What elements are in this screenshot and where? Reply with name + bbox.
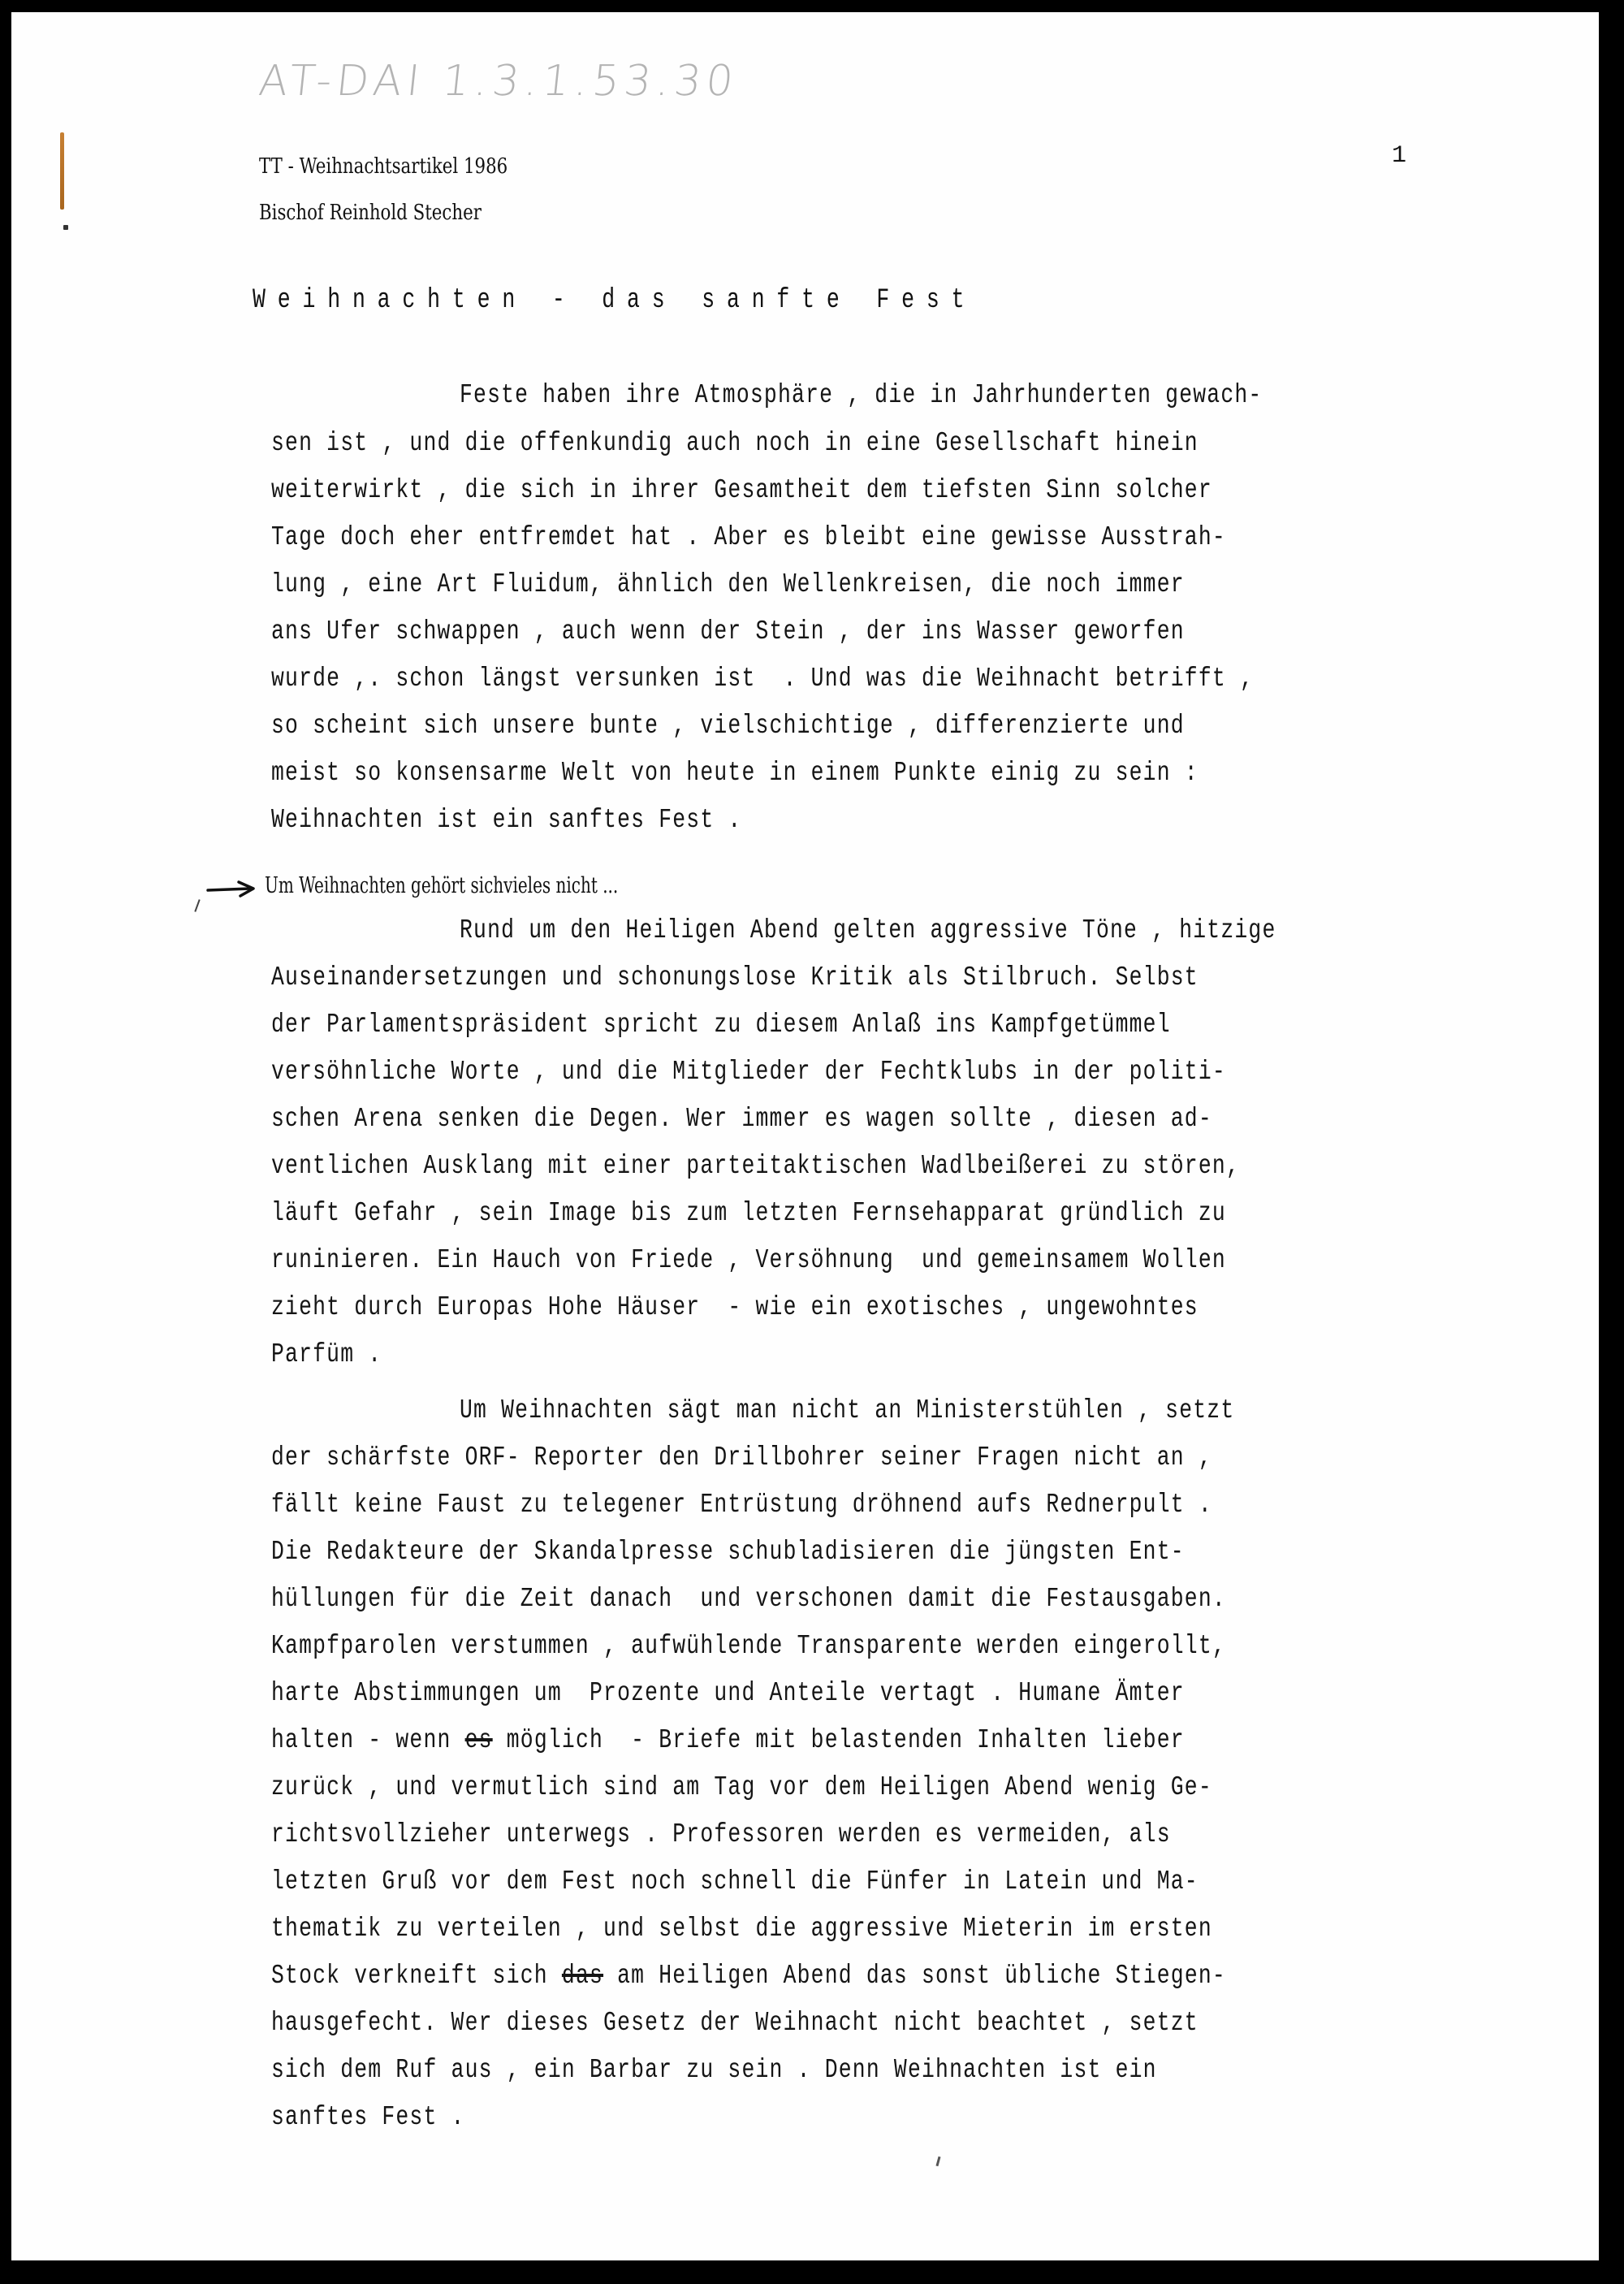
text-line: weiterwirkt , die sich in ihrer Gesamthe… (271, 475, 1212, 505)
inserted-subheading: Um Weihnachten gehört sichvieles nicht .… (265, 873, 618, 898)
text-line: so scheint sich unsere bunte , vielschic… (271, 711, 1185, 741)
document-page: AT-DAI 1.3.1.53.30 TT - Weihnachtsartike… (11, 12, 1599, 2260)
text-line: Um Weihnachten sägt man nicht an Ministe… (460, 1395, 1234, 1425)
text-line: ans Ufer schwappen , auch wenn der Stein… (271, 616, 1185, 647)
header-author: Bischof Reinhold Stecher (259, 201, 482, 225)
text-line: letzten Gruß vor dem Fest noch schnell d… (271, 1867, 1199, 1897)
staple-hole (63, 225, 68, 230)
text-line: schen Arena senken die Degen. Wer immer … (271, 1104, 1212, 1134)
text-line: meist so konsensarme Welt von heute in e… (271, 758, 1199, 788)
text-line: der schärfste ORF- Reporter den Drillboh… (271, 1443, 1212, 1473)
text-line-with-strikethrough: halten - wenn es möglich - Briefe mit be… (271, 1725, 1185, 1755)
text-line: Kampfparolen verstummen , aufwühlende Tr… (271, 1631, 1226, 1661)
struck-word: das (562, 1961, 603, 1991)
staple-rust-mark (60, 132, 64, 210)
pen-tick-mark (194, 899, 200, 912)
text-line: wurde ,. schon längst versunken ist . Un… (271, 664, 1254, 694)
text-line: ventlichen Ausklang mit einer parteitakt… (271, 1151, 1240, 1181)
text-line: Rund um den Heiligen Abend gelten aggres… (460, 915, 1276, 945)
struck-word: es (465, 1725, 493, 1755)
text-line: versöhnliche Worte , und die Mitglieder … (271, 1057, 1226, 1087)
text-line: der Parlamentspräsident spricht zu diese… (271, 1010, 1171, 1040)
page-number: 1 (1392, 142, 1406, 170)
text-line: harte Abstimmungen um Prozente und Antei… (271, 1678, 1185, 1708)
header-article-label: TT - Weihnachtsartikel 1986 (259, 154, 508, 179)
text-line: zurück , und vermutlich sind am Tag vor … (271, 1772, 1212, 1802)
document-title: Weihnachten - das sanfte Fest (253, 285, 976, 316)
archive-reference-pencil: AT-DAI 1.3.1.53.30 (257, 57, 741, 106)
text-line: hausgefecht. Wer dieses Gesetz der Weihn… (271, 2008, 1199, 2038)
stray-ink-mark (935, 2156, 940, 2166)
text-line: sich dem Ruf aus , ein Barbar zu sein . … (271, 2055, 1157, 2085)
text-line: Parfüm . (271, 1339, 382, 1369)
text-line: lung , eine Art Fluidum, ähnlich den Wel… (271, 569, 1185, 599)
text-line: Weihnachten ist ein sanftes Fest . (271, 805, 741, 835)
text-line: richtsvollzieher unterwegs . Professoren… (271, 1819, 1171, 1849)
text-line: zieht durch Europas Hohe Häuser - wie ei… (271, 1292, 1199, 1322)
text-line: sanftes Fest . (271, 2102, 465, 2132)
text-line: runinieren. Ein Hauch von Friede , Versö… (271, 1245, 1226, 1275)
text-line: thematik zu verteilen , und selbst die a… (271, 1914, 1212, 1944)
text-line: hüllungen für die Zeit danach und versch… (271, 1584, 1226, 1614)
text-line: Feste haben ihre Atmosphäre , die in Jah… (460, 380, 1262, 410)
text-line: Tage doch eher entfremdet hat . Aber es … (271, 522, 1226, 552)
text-line-with-strikethrough: Stock verkneift sich das am Heiligen Abe… (271, 1961, 1226, 1991)
text-line: läuft Gefahr , sein Image bis zum letzte… (271, 1198, 1226, 1228)
arrow-right-icon (206, 880, 257, 899)
text-line: sen ist , und die offenkundig auch noch … (271, 428, 1199, 458)
text-line: Auseinandersetzungen und schonungslose K… (271, 962, 1199, 993)
text-line: Die Redakteure der Skandalpresse schubla… (271, 1537, 1185, 1567)
text-line: fällt keine Faust zu telegener Entrüstun… (271, 1490, 1212, 1520)
